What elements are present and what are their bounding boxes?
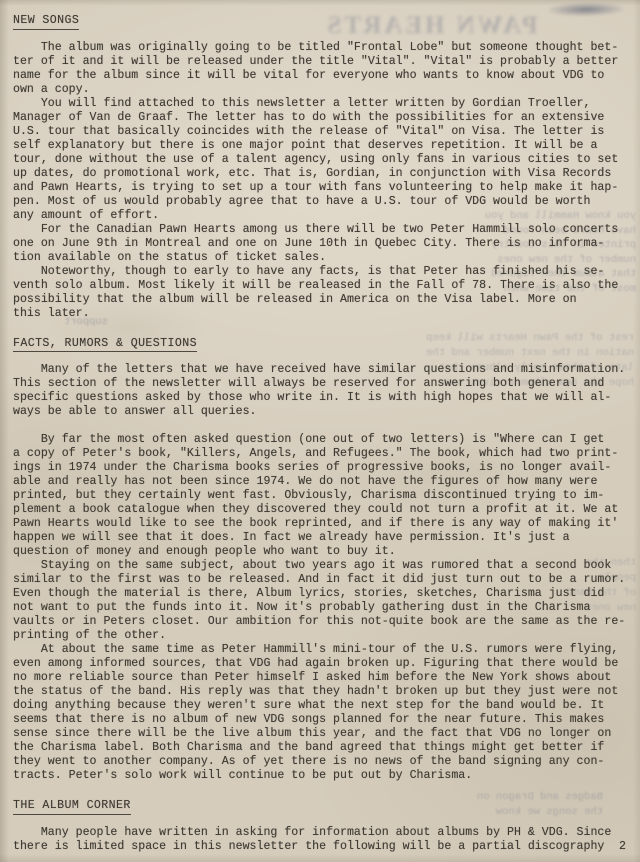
section-facts-rumors-questions: FACTS, RUMORS & QUESTIONS Many of the le… xyxy=(13,337,632,784)
section-body: The album was originally going to be tit… xyxy=(13,41,632,321)
section-the-album-corner: THE ALBUM CORNER Many people have writte… xyxy=(13,799,632,854)
section-heading: FACTS, RUMORS & QUESTIONS xyxy=(13,337,197,353)
section-heading: NEW SONGS xyxy=(13,14,79,30)
section-body: Many people have written in asking for i… xyxy=(13,826,632,854)
typewritten-content: NEW SONGS The album was originally going… xyxy=(13,14,632,862)
section-body: Many of the letters that we have receive… xyxy=(13,363,632,783)
page-number: 2 xyxy=(619,840,626,853)
section-heading: THE ALBUM CORNER xyxy=(13,799,131,815)
section-new-songs: NEW SONGS The album was originally going… xyxy=(13,14,632,321)
newsletter-page: PAWN HEARTS you know Hammill and you hav… xyxy=(0,0,640,862)
